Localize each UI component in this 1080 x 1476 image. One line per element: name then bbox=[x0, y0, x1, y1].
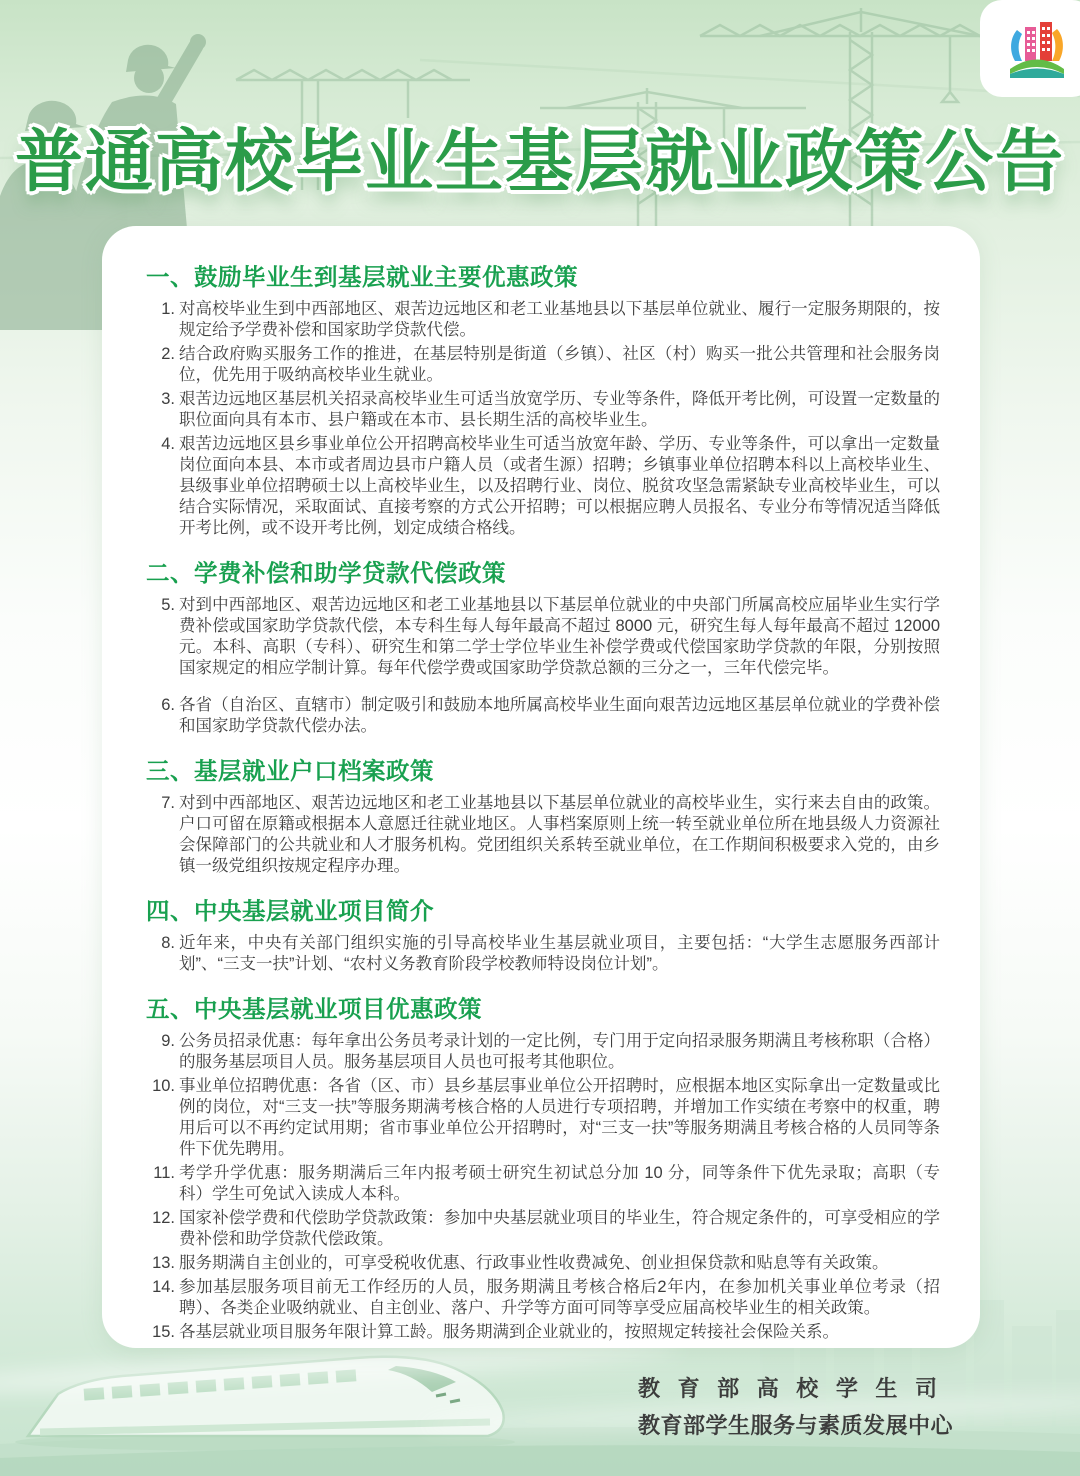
list-item: 3.艰苦边远地区基层机关招录高校毕业生可适当放宽学历、专业等条件，降低开考比例，… bbox=[146, 389, 940, 431]
list-item: 5.对到中西部地区、艰苦边远地区和老工业基地县以下基层单位就业的中央部门所属高校… bbox=[146, 595, 940, 679]
list-item: 14.参加基层服务项目前无工作经历的人员，服务期满且考核合格后2年内，在参加机关… bbox=[146, 1277, 940, 1319]
item-text: 服务期满自主创业的，可享受税收优惠、行政事业性收费减免、创业担保贷款和贴息等有关… bbox=[179, 1254, 889, 1272]
issuer-block: 教育部高校学生司 教育部学生服务与素质发展中心 bbox=[638, 1372, 938, 1440]
section-heading: 三、基层就业户口档案政策 bbox=[146, 752, 940, 786]
policy-card: 一、鼓励毕业生到基层就业主要优惠政策 1.对高校毕业生到中西部地区、艰苦边远地区… bbox=[102, 226, 980, 1348]
item-text: 公务员招录优惠：每年拿出公务员考录计划的一定比例，专门用于定向招录服务期满且考核… bbox=[179, 1032, 940, 1071]
item-number: 8. bbox=[146, 933, 175, 954]
item-text: 各省（自治区、直辖市）制定吸引和鼓励本地所属高校毕业生面向艰苦边远地区基层单位就… bbox=[179, 696, 940, 735]
item-number: 10. bbox=[146, 1076, 175, 1097]
city-buildings-emblem-icon bbox=[1001, 17, 1073, 81]
section-heading: 五、中央基层就业项目优惠政策 bbox=[146, 990, 940, 1024]
item-number: 7. bbox=[146, 793, 175, 814]
item-number: 6. bbox=[146, 695, 175, 716]
item-text: 事业单位招聘优惠：各省（区、市）县乡基层事业单位公开招聘时，应根据本地区实际拿出… bbox=[179, 1077, 940, 1158]
item-text: 艰苦边远地区基层机关招录高校毕业生可适当放宽学历、专业等条件，降低开考比例，可设… bbox=[179, 390, 940, 429]
item-text: 各基层就业项目服务年限计算工龄。服务期满到企业就业的，按照规定转接社会保险关系。 bbox=[179, 1323, 839, 1341]
page-title: 普通高校毕业生基层就业政策公告 bbox=[0, 108, 1080, 205]
list-item: 1.对高校毕业生到中西部地区、艰苦边远地区和老工业基地县以下基层单位就业、履行一… bbox=[146, 299, 940, 341]
section-central-programs-benefits: 五、中央基层就业项目优惠政策 9.公务员招录优惠：每年拿出公务员考录计划的一定比… bbox=[146, 990, 940, 1343]
section-central-programs-intro: 四、中央基层就业项目简介 8.近年来，中央有关部门组织实施的引导高校毕业生基层就… bbox=[146, 892, 940, 975]
item-text: 近年来，中央有关部门组织实施的引导高校毕业生基层就业项目，主要包括：“大学生志愿… bbox=[179, 934, 940, 973]
item-text: 艰苦边远地区县乡事业单位公开招聘高校毕业生可适当放宽年龄、学历、专业等条件，可以… bbox=[179, 435, 940, 537]
section-incentive-policies: 一、鼓励毕业生到基层就业主要优惠政策 1.对高校毕业生到中西部地区、艰苦边远地区… bbox=[146, 258, 940, 539]
section-heading: 四、中央基层就业项目简介 bbox=[146, 892, 940, 926]
list-item: 7.对到中西部地区、艰苦边远地区和老工业基地县以下基层单位就业的高校毕业生，实行… bbox=[146, 793, 940, 877]
item-text: 对到中西部地区、艰苦边远地区和老工业基地县以下基层单位就业的高校毕业生，实行来去… bbox=[179, 794, 940, 875]
item-text: 结合政府购买服务工作的推进，在基层特别是街道（乡镇）、社区（村）购买一批公共管理… bbox=[179, 345, 940, 384]
list-item: 4.艰苦边远地区县乡事业单位公开招聘高校毕业生可适当放宽年龄、学历、专业等条件，… bbox=[146, 434, 940, 539]
item-number: 11. bbox=[146, 1163, 175, 1184]
logo-badge bbox=[980, 0, 1080, 97]
item-text: 考学升学优惠：服务期满后三年内报考硕士研究生初试总分加 10 分，同等条件下优先… bbox=[179, 1164, 940, 1203]
list-item: 2.结合政府购买服务工作的推进，在基层特别是街道（乡镇）、社区（村）购买一批公共… bbox=[146, 344, 940, 386]
item-number: 9. bbox=[146, 1031, 175, 1052]
item-number: 15. bbox=[146, 1322, 175, 1343]
list-item: 12.国家补偿学费和代偿助学贷款政策：参加中央基层就业项目的毕业生，符合规定条件… bbox=[146, 1208, 940, 1250]
list-item: 9.公务员招录优惠：每年拿出公务员考录计划的一定比例，专门用于定向招录服务期满且… bbox=[146, 1031, 940, 1073]
list-item: 10.事业单位招聘优惠：各省（区、市）县乡基层事业单位公开招聘时，应根据本地区实… bbox=[146, 1076, 940, 1160]
item-number: 1. bbox=[146, 299, 175, 320]
item-number: 14. bbox=[146, 1277, 175, 1298]
item-number: 13. bbox=[146, 1253, 175, 1274]
poster-page: 普通高校毕业生基层就业政策公告 一、鼓励毕业生到基层就业主要优惠政策 1.对高校… bbox=[0, 0, 1080, 1476]
item-number: 3. bbox=[146, 389, 175, 410]
item-text: 参加基层服务项目前无工作经历的人员，服务期满且考核合格后2年内，在参加机关事业单… bbox=[179, 1278, 940, 1317]
item-number: 12. bbox=[146, 1208, 175, 1229]
section-tuition-compensation: 二、学费补偿和助学贷款代偿政策 5.对到中西部地区、艰苦边远地区和老工业基地县以… bbox=[146, 554, 940, 737]
list-item: 8.近年来，中央有关部门组织实施的引导高校毕业生基层就业项目，主要包括：“大学生… bbox=[146, 933, 940, 975]
issuer-line-2: 教育部学生服务与素质发展中心 bbox=[638, 1409, 938, 1440]
item-number: 4. bbox=[146, 434, 175, 455]
list-item: 11.考学升学优惠：服务期满后三年内报考硕士研究生初试总分加 10 分，同等条件… bbox=[146, 1163, 940, 1205]
list-item: 15.各基层就业项目服务年限计算工龄。服务期满到企业就业的，按照规定转接社会保险… bbox=[146, 1322, 940, 1343]
item-text: 对到中西部地区、艰苦边远地区和老工业基地县以下基层单位就业的中央部门所属高校应届… bbox=[179, 596, 940, 677]
section-hukou-archives: 三、基层就业户口档案政策 7.对到中西部地区、艰苦边远地区和老工业基地县以下基层… bbox=[146, 752, 940, 877]
item-text: 对高校毕业生到中西部地区、艰苦边远地区和老工业基地县以下基层单位就业、履行一定服… bbox=[179, 300, 940, 339]
item-text: 国家补偿学费和代偿助学贷款政策：参加中央基层就业项目的毕业生，符合规定条件的，可… bbox=[179, 1209, 940, 1248]
issuer-line-1: 教育部高校学生司 bbox=[638, 1372, 938, 1403]
section-heading: 二、学费补偿和助学贷款代偿政策 bbox=[146, 554, 940, 588]
item-number: 5. bbox=[146, 595, 175, 616]
section-heading: 一、鼓励毕业生到基层就业主要优惠政策 bbox=[146, 258, 940, 292]
list-item: 13.服务期满自主创业的，可享受税收优惠、行政事业性收费减免、创业担保贷款和贴息… bbox=[146, 1253, 940, 1274]
list-item: 6.各省（自治区、直辖市）制定吸引和鼓励本地所属高校毕业生面向艰苦边远地区基层单… bbox=[146, 695, 940, 737]
item-number: 2. bbox=[146, 344, 175, 365]
